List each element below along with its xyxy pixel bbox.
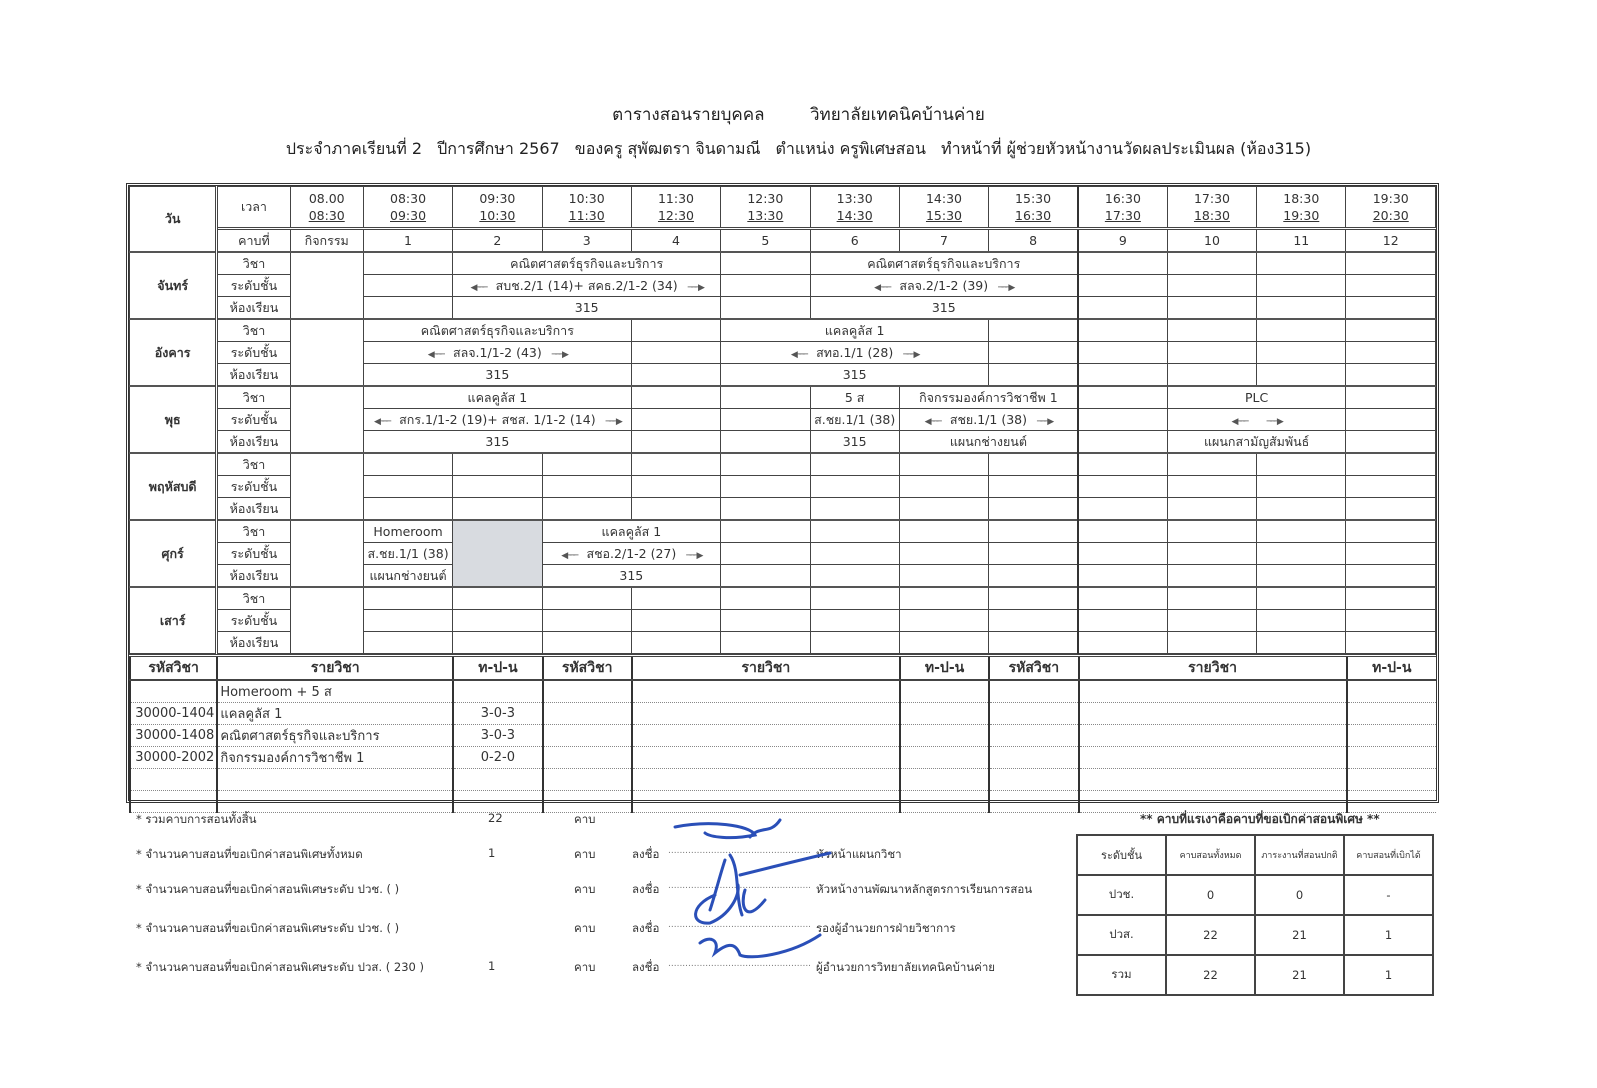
note-value: 1 [488,846,495,860]
empty-slot [1167,498,1256,521]
empty-slot [721,520,810,543]
class-room: แผนกช่างยนต์ [363,565,452,588]
period-number: 1 [363,229,452,253]
empty-slot [1346,543,1436,565]
row-label: ระดับชั้น [217,543,290,565]
empty-slot [810,565,899,588]
class-level: สชอ.2/1-2 (27) [542,543,721,565]
summary-cell: 1 [1344,915,1433,955]
summary-cell: 0 [1255,875,1344,915]
empty-slot [542,476,631,498]
class-room: แผนกช่างยนต์ [899,431,1078,454]
period-number: 7 [899,229,988,253]
subject-header: รหัสวิชา [130,656,217,681]
time-slot: 09:3010:30 [453,187,542,229]
empty-slot [1257,610,1346,632]
subject-tpn: 3-0-3 [453,703,542,725]
empty-slot [363,476,452,498]
summary-cell: 21 [1255,915,1344,955]
empty-slot [631,386,720,409]
empty-slot [989,476,1078,498]
empty-slot [363,610,452,632]
empty-slot [899,453,988,476]
empty-slot [989,610,1078,632]
subject-tpn: 0-2-0 [453,747,542,769]
empty-slot [631,587,720,610]
empty-slot [989,364,1078,387]
row-label: ระดับชั้น [217,409,290,431]
activity-cell [290,252,363,319]
empty-slot [542,453,631,476]
sign-label: ลงชื่อ [632,959,659,977]
empty-slot [1346,476,1436,498]
empty-slot [1078,409,1167,431]
empty-slot [1078,520,1167,543]
row-label: วิชา [217,319,290,342]
empty-slot [721,409,810,431]
empty-slot [721,252,810,275]
teacher-name: ของครู สุพัฒตรา จินดามณี [575,139,761,158]
subject-header: รายวิชา [217,656,453,681]
time-label: เวลา [217,187,290,229]
empty-slot [631,610,720,632]
empty-slot [1167,587,1256,610]
empty-slot [1078,364,1167,387]
row-label: วิชา [217,386,290,409]
class-subject: Homeroom [363,520,452,543]
empty-slot [1078,543,1167,565]
subject-header: รายวิชา [1079,656,1347,681]
empty-slot [989,498,1078,521]
empty-slot [721,476,810,498]
class-room: 315 [810,431,899,454]
period-number: 9 [1078,229,1167,253]
class-subject: คณิตศาสตร์ธุรกิจและบริการ [453,252,721,275]
empty-slot [1078,498,1167,521]
subject-name: กิจกรรมองค์การวิชาชีพ 1 [217,747,453,769]
academic-year: ปีการศึกษา 2567 [437,139,560,158]
note-value: 22 [488,811,503,825]
title-text: ตารางสอนรายบุคคล [612,105,764,125]
time-slot: 16:3017:30 [1078,187,1167,229]
day-name: ศุกร์ [130,520,217,587]
activity-cell [290,453,363,520]
empty-slot [1167,453,1256,476]
empty-slot [721,386,810,409]
empty-slot [989,543,1078,565]
class-subject: กิจกรรมองค์การวิชาชีพ 1 [899,386,1078,409]
subject-name: Homeroom + 5 ส [217,680,453,703]
empty-slot [1257,297,1346,320]
empty-slot [899,476,988,498]
empty-slot [989,632,1078,654]
time-slot: 14:3015:30 [899,187,988,229]
row-label: ห้องเรียน [217,632,290,654]
empty-slot [989,565,1078,588]
time-slot: 08:3009:30 [363,187,452,229]
empty-slot [810,476,899,498]
activity-cell [290,520,363,587]
subject-name: แคลคูลัส 1 [217,703,453,725]
summary-cell: รวม [1077,955,1166,995]
subject-header: รหัสวิชา [989,656,1078,681]
note-line: * จำนวนคาบสอนที่ขอเบิกค่าสอนพิเศษระดับ ป… [136,920,399,938]
empty-slot [1078,319,1167,342]
row-label: วิชา [217,252,290,275]
period-number: 8 [989,229,1078,253]
empty-slot [631,342,720,364]
empty-slot [631,498,720,521]
day-name: พฤหัสบดี [130,453,217,520]
empty-slot [989,319,1078,342]
day-name: เสาร์ [130,587,217,654]
empty-slot [1257,543,1346,565]
empty-slot [453,453,542,476]
empty-slot [1257,632,1346,654]
summary-cell: ปวช. [1077,875,1166,915]
empty-slot [1257,476,1346,498]
empty-slot [1167,364,1256,387]
row-label: วิชา [217,453,290,476]
empty-slot [1167,342,1256,364]
row-label: ระดับชั้น [217,476,290,498]
subject-list: รหัสวิชารายวิชาท-ป-นรหัสวิชารายวิชาท-ป-น… [129,654,1436,813]
empty-slot [1346,632,1436,654]
empty-slot [1167,520,1256,543]
empty-slot [810,610,899,632]
period-number: 3 [542,229,631,253]
empty-slot [1346,409,1436,431]
signer-role: ผู้อำนวยการวิทยาลัยเทคนิคบ้านค่าย [816,959,995,977]
empty-slot [1257,252,1346,275]
teacher-duty: ทำหน้าที่ ผู้ช่วยหัวหน้างานวัดผลประเมินผ… [941,139,1311,158]
empty-slot [1078,632,1167,654]
empty-slot [989,587,1078,610]
class-room: แผนกสามัญสัมพันธ์ [1167,431,1346,454]
empty-slot [810,520,899,543]
time-slot: 15:3016:30 [989,187,1078,229]
empty-slot [899,587,988,610]
empty-slot [1257,319,1346,342]
empty-slot [363,252,452,275]
empty-slot [453,587,542,610]
subject-code: 30000-2002 [130,747,217,769]
empty-slot [631,453,720,476]
shaded-period [453,520,542,587]
empty-slot [1078,453,1167,476]
subject-header: ท-ป-น [900,656,989,681]
empty-slot [1257,565,1346,588]
empty-slot [721,297,810,320]
note-unit: คาบ [574,959,595,977]
subject-header: รายวิชา [632,656,900,681]
empty-slot [542,498,631,521]
empty-slot [899,565,988,588]
row-label: ระดับชั้น [217,610,290,632]
empty-slot [899,498,988,521]
empty-slot [899,543,988,565]
period-number: 10 [1167,229,1256,253]
empty-slot [721,632,810,654]
empty-slot [810,498,899,521]
empty-slot [1167,476,1256,498]
summary-cell: - [1344,875,1433,915]
time-slot: 10:3011:30 [542,187,631,229]
empty-slot [721,543,810,565]
document-subtitle: ประจำภาคเรียนที่ 2 ปีการศึกษา 2567 ของคร… [0,137,1597,162]
empty-slot [721,587,810,610]
empty-slot [631,364,720,387]
class-level: สลจ.2/1-2 (39) [810,275,1078,297]
empty-slot [1346,453,1436,476]
period-number: 12 [1346,229,1436,253]
time-slot: 13:3014:30 [810,187,899,229]
class-level: สชย.1/1 (38) [899,409,1078,431]
empty-slot [1167,543,1256,565]
subject-code: 30000-1408 [130,725,217,747]
empty-slot [1346,252,1436,275]
sign-label: ลงชื่อ [632,920,659,938]
empty-slot [721,453,810,476]
period-number: 11 [1257,229,1346,253]
empty-slot [1167,297,1256,320]
note-unit: คาบ [574,881,595,899]
period-label: คาบที่ [217,229,290,253]
subject-tpn [453,680,542,703]
summary-header: ระดับชั้น [1077,835,1166,875]
activity-cell [290,386,363,453]
empty-slot [1346,431,1436,454]
empty-slot [1078,431,1167,454]
empty-slot [810,587,899,610]
empty-slot [721,275,810,297]
empty-slot [721,565,810,588]
class-room: 315 [542,565,721,588]
empty-slot [363,275,452,297]
empty-slot [1257,453,1346,476]
empty-slot [1257,364,1346,387]
row-label: ระดับชั้น [217,342,290,364]
empty-slot [1078,610,1167,632]
class-subject: คณิตศาสตร์ธุรกิจและบริการ [810,252,1078,275]
empty-slot [1078,275,1167,297]
empty-slot [810,632,899,654]
class-level: ส.ชย.1/1 (38) [810,409,899,431]
summary-cell: 1 [1344,955,1433,995]
empty-slot [989,453,1078,476]
empty-slot [810,543,899,565]
empty-slot [1078,252,1167,275]
empty-slot [1167,275,1256,297]
subject-code: 30000-1404 [130,703,217,725]
period-number: 4 [631,229,720,253]
empty-slot [721,431,810,454]
class-room: 315 [721,364,989,387]
day-name: จันทร์ [130,252,217,319]
class-subject: แคลคูลัส 1 [363,386,631,409]
empty-slot [453,632,542,654]
row-label: ห้องเรียน [217,431,290,454]
time-slot: 17:3018:30 [1167,187,1256,229]
row-label: ห้องเรียน [217,297,290,320]
empty-slot [899,520,988,543]
empty-slot [1257,498,1346,521]
summary-cell: 22 [1166,915,1255,955]
class-level: สบช.2/1 (14)+ สคธ.2/1-2 (34) [453,275,721,297]
empty-slot [1346,342,1436,364]
empty-slot [1346,498,1436,521]
empty-slot [631,431,720,454]
row-label: ห้องเรียน [217,498,290,521]
empty-slot [1257,342,1346,364]
empty-slot [542,632,631,654]
empty-slot [1167,252,1256,275]
class-room: 315 [453,297,721,320]
document-title: ตารางสอนรายบุคคล วิทยาลัยเทคนิคบ้านค่าย [0,101,1597,128]
time-slot: 18:3019:30 [1257,187,1346,229]
empty-slot [363,297,452,320]
sign-label: ลงชื่อ [632,846,659,864]
empty-slot [1078,565,1167,588]
empty-slot [453,498,542,521]
row-label: วิชา [217,520,290,543]
empty-slot [1167,319,1256,342]
class-subject: 5 ส [810,386,899,409]
empty-slot [542,587,631,610]
row-label: ห้องเรียน [217,364,290,387]
period-number: 2 [453,229,542,253]
summary-cell: 0 [1166,875,1255,915]
summary-title: ** คาบที่แรเงาคือคาบที่ขอเบิกค่าสอนพิเศษ… [1140,810,1380,829]
empty-slot [453,476,542,498]
subject-name: คณิตศาสตร์ธุรกิจและบริการ [217,725,453,747]
class-level: สทอ.1/1 (28) [721,342,989,364]
summary-cell: 21 [1255,955,1344,995]
empty-slot [721,610,810,632]
note-line: * จำนวนคาบสอนที่ขอเบิกค่าสอนพิเศษระดับ ป… [136,959,424,977]
empty-slot [542,610,631,632]
note-unit: คาบ [574,846,595,864]
empty-slot [631,319,720,342]
class-subject: แคลคูลัส 1 [721,319,989,342]
class-subject: แคลคูลัส 1 [542,520,721,543]
empty-slot [1078,386,1167,409]
activity-cell [290,319,363,386]
schedule-container: วันเวลา08.0008:3008:3009:3009:3010:3010:… [126,183,1439,803]
empty-slot [631,409,720,431]
class-room: 315 [363,431,631,454]
empty-slot [899,610,988,632]
summary-cell: ปวส. [1077,915,1166,955]
activity-cell [290,587,363,654]
note-unit: คาบ [574,920,595,938]
timetable: วันเวลา08.0008:3008:3009:3009:3010:3010:… [129,186,1436,654]
empty-slot [1346,610,1436,632]
teacher-position: ตำแหน่ง ครูพิเศษสอน [776,139,926,158]
empty-slot [1346,565,1436,588]
empty-slot [363,498,452,521]
college-name: วิทยาลัยเทคนิคบ้านค่าย [810,105,985,125]
empty-slot [1167,565,1256,588]
subject-header: รหัสวิชา [543,656,632,681]
class-level [1167,409,1346,431]
empty-slot [1346,587,1436,610]
empty-slot [363,632,452,654]
sign-label: ลงชื่อ [632,881,659,899]
semester: ประจำภาคเรียนที่ 2 [286,139,422,158]
period-number: 6 [810,229,899,253]
empty-slot [721,498,810,521]
summary-header: คาบสอนทั้งหมด [1166,835,1255,875]
empty-slot [363,587,452,610]
day-name: อังคาร [130,319,217,386]
empty-slot [1346,386,1436,409]
empty-slot [899,632,988,654]
summary-cell: 22 [1166,955,1255,995]
class-level: สลจ.1/1-2 (43) [363,342,631,364]
empty-slot [1078,342,1167,364]
note-line: * จำนวนคาบสอนที่ขอเบิกค่าสอนพิเศษระดับ ป… [136,881,399,899]
time-slot: 12:3013:30 [721,187,810,229]
empty-slot [1257,275,1346,297]
class-subject: PLC [1167,386,1346,409]
empty-slot [1167,632,1256,654]
empty-slot [1346,319,1436,342]
time-slot: 11:3012:30 [631,187,720,229]
empty-slot [1078,297,1167,320]
subject-header: ท-ป-น [453,656,542,681]
empty-slot [1257,520,1346,543]
period-number: 5 [721,229,810,253]
class-level: ส.ชย.1/1 (38) [363,543,452,565]
empty-slot [989,520,1078,543]
row-label: ห้องเรียน [217,565,290,588]
note-value: 1 [488,959,495,973]
empty-slot [363,453,452,476]
empty-slot [1346,364,1436,387]
note-line: * จำนวนคาบสอนที่ขอเบิกค่าสอนพิเศษทั้งหมด [136,846,363,864]
empty-slot [453,610,542,632]
summary-header: คาบสอนที่เบิกได้ [1344,835,1433,875]
class-subject: คณิตศาสตร์ธุรกิจและบริการ [363,319,631,342]
activity-label: กิจกรรม [290,229,363,253]
note-unit: คาบ [574,811,595,829]
empty-slot [1346,275,1436,297]
summary-header: ภาระงานที่สอนปกติ [1255,835,1344,875]
empty-slot [1346,520,1436,543]
class-room: 315 [810,297,1078,320]
empty-slot [1346,297,1436,320]
empty-slot [1078,476,1167,498]
empty-slot [631,476,720,498]
empty-slot [810,453,899,476]
time-slot: 08.0008:30 [290,187,363,229]
empty-slot [989,342,1078,364]
class-level: สกร.1/1-2 (19)+ สชส. 1/1-2 (14) [363,409,631,431]
empty-slot [1257,587,1346,610]
row-label: ระดับชั้น [217,275,290,297]
subject-code [130,680,217,703]
day-name: พุธ [130,386,217,453]
summary-table: ระดับชั้นคาบสอนทั้งหมดภาระงานที่สอนปกติค… [1076,834,1434,996]
row-label: วิชา [217,587,290,610]
signature-ink [670,815,840,975]
class-room: 315 [363,364,631,387]
empty-slot [631,632,720,654]
subject-tpn: 3-0-3 [453,725,542,747]
time-slot: 19:3020:30 [1346,187,1436,229]
subject-header: ท-ป-น [1347,656,1436,681]
